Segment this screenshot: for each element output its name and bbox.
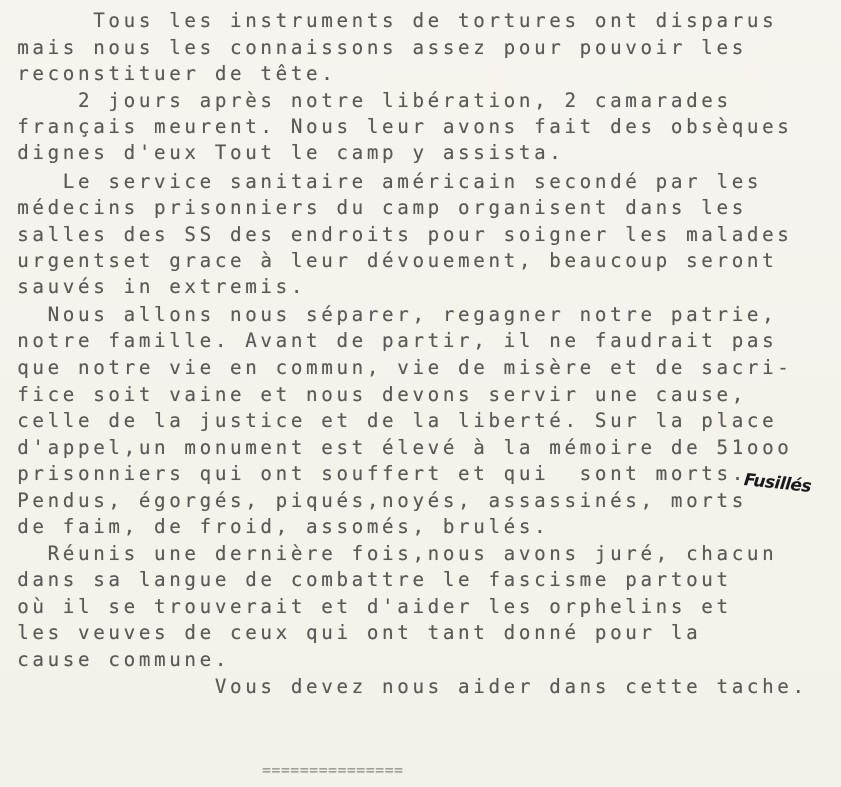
- text-line: Réunis une dernière fois,nous avons juré…: [2, 544, 777, 563]
- text-line: médecins prisonniers du camp organisent …: [2, 198, 747, 217]
- text-line: 2 jours après notre libération, 2 camara…: [2, 91, 732, 110]
- text-line: Vous devez nous aider dans cette tache.: [2, 677, 808, 696]
- text-line: français meurent. Nous leur avons fait d…: [2, 117, 793, 136]
- text-line: Pendus, égorgés, piqués,noyés, assassiné…: [2, 491, 747, 510]
- text-line: salles des SS des endroits pour soigner …: [2, 225, 793, 244]
- text-line: de faim, de froid, assomés, brulés.: [2, 517, 549, 536]
- text-line: mais nous les connaissons assez pour pou…: [2, 38, 747, 57]
- separator-line: ===============: [262, 761, 403, 779]
- text-line: dans sa langue de combattre le fascisme …: [2, 570, 732, 589]
- handwritten-annotation: Fusillés: [743, 470, 812, 497]
- text-line: Le service sanitaire américain secondé p…: [2, 172, 762, 191]
- text-line: sauvés in extremis.: [2, 277, 306, 296]
- text-line: d'appel,un monument est élevé à la mémoi…: [2, 438, 793, 457]
- text-line: dignes d'eux Tout le camp y assista.: [2, 143, 564, 162]
- text-line: prisonniers qui ont souffert et qui sont…: [2, 464, 747, 483]
- text-line: fice soit vaine et nous devons servir un…: [2, 385, 747, 404]
- text-line: reconstituer de tête.: [2, 64, 336, 83]
- text-line: où il se trouverait et d'aider les orphe…: [2, 597, 732, 616]
- text-line: urgentset grace à leur dévouement, beauc…: [2, 251, 777, 270]
- text-line: cause commune.: [2, 650, 230, 669]
- text-line: Tous les instruments de tortures ont dis…: [2, 11, 777, 30]
- text-line: que notre vie en commun, vie de misère e…: [2, 358, 793, 377]
- text-line: les veuves de ceux qui ont tant donné po…: [2, 623, 701, 642]
- text-line: Nous allons nous séparer, regagner notre…: [2, 305, 777, 324]
- text-line: notre famille. Avant de partir, il ne fa…: [2, 331, 777, 350]
- text-line: celle de la justice et de la liberté. Su…: [2, 411, 777, 430]
- typewritten-page: Tous les instruments de tortures ont dis…: [0, 0, 841, 787]
